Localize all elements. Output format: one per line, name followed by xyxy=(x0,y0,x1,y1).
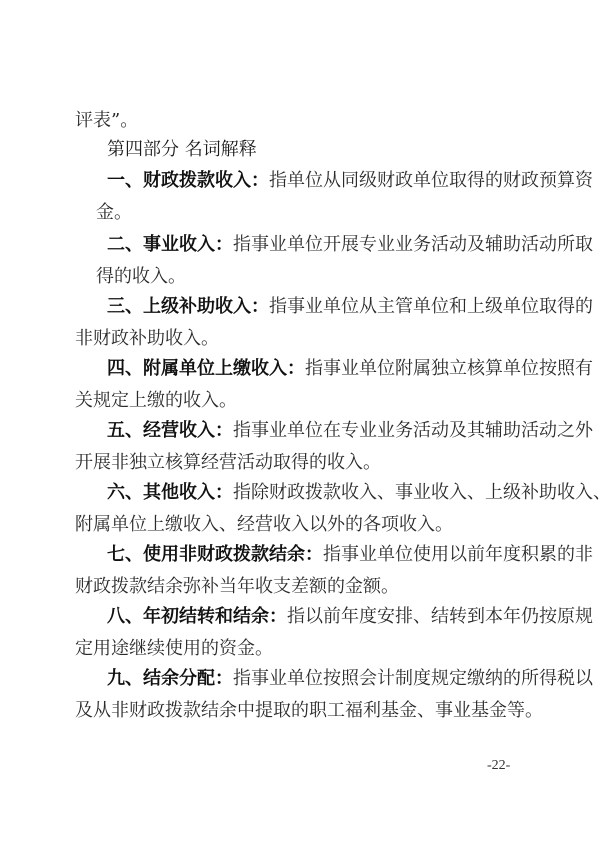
definition-2-line2: 得的收入。 xyxy=(96,266,186,288)
definition-term: 三、上级补助收入： xyxy=(107,296,269,317)
definition-7-line1: 七、使用非财政拨款结余：指事业单位使用以前年度积累的非 xyxy=(107,544,593,566)
section-heading: 第四部分 名词解释 xyxy=(107,139,257,161)
definition-term: 二、事业收入： xyxy=(107,234,233,255)
definition-4-line2: 关规定上缴的收入。 xyxy=(75,390,237,412)
continuation-text: 评表”。 xyxy=(75,110,138,132)
definition-text: 指事业单位附属独立核算单位按照有 xyxy=(305,358,593,379)
document-page: 评表”。 第四部分 名词解释 一、财政拨款收入：指单位从同级财政单位取得的财政预… xyxy=(0,0,600,848)
definition-9-line1: 九、结余分配：指事业单位按照会计制度规定缴纳的所得税以 xyxy=(107,668,593,690)
definition-3-line2: 非财政补助收入。 xyxy=(75,328,219,350)
definition-text: 指事业单位在专业业务活动及其辅助活动之外 xyxy=(233,420,593,441)
definition-term: 八、年初结转和结余： xyxy=(107,606,287,627)
definition-1-line2: 金。 xyxy=(96,202,132,224)
definition-term: 五、经营收入： xyxy=(107,420,233,441)
definition-1-line1: 一、财政拨款收入：指单位从同级财政单位取得的财政预算资 xyxy=(107,170,593,192)
definition-5-line1: 五、经营收入：指事业单位在专业业务活动及其辅助活动之外 xyxy=(107,420,593,442)
definition-text: 指事业单位按照会计制度规定缴纳的所得税以 xyxy=(233,668,593,689)
definition-2-line1: 二、事业收入：指事业单位开展专业业务活动及辅助活动所取 xyxy=(107,234,593,256)
definition-term: 九、结余分配： xyxy=(107,668,233,689)
definition-term: 一、财政拨款收入： xyxy=(107,170,269,191)
definition-text: 指单位从同级财政单位取得的财政预算资 xyxy=(269,170,593,191)
definition-term: 六、其他收入： xyxy=(107,482,233,503)
page-number: -22- xyxy=(487,758,510,774)
definition-5-line2: 开展非独立核算经营活动取得的收入。 xyxy=(75,452,381,474)
definition-4-line1: 四、附属单位上缴收入：指事业单位附属独立核算单位按照有 xyxy=(107,358,593,380)
definition-9-line2: 及从非财政拨款结余中提取的职工福利基金、事业基金等。 xyxy=(75,700,543,722)
definition-term: 四、附属单位上缴收入： xyxy=(107,358,305,379)
definition-6-line2: 附属单位上缴收入、经营收入以外的各项收入。 xyxy=(75,514,453,536)
definition-text: 指事业单位开展专业业务活动及辅助活动所取 xyxy=(233,234,593,255)
definition-7-line2: 财政拨款结余弥补当年收支差额的金额。 xyxy=(75,576,399,598)
definition-8-line1: 八、年初结转和结余：指以前年度安排、结转到本年仍按原规 xyxy=(107,606,593,628)
definition-term: 七、使用非财政拨款结余： xyxy=(107,544,323,565)
definition-text: 指以前年度安排、结转到本年仍按原规 xyxy=(287,606,593,627)
definition-6-line1: 六、其他收入：指除财政拨款收入、事业收入、上级补助收入、 xyxy=(107,482,600,504)
definition-3-line1: 三、上级补助收入：指事业单位从主管单位和上级单位取得的 xyxy=(107,296,593,318)
definition-text: 指事业单位从主管单位和上级单位取得的 xyxy=(269,296,593,317)
definition-text: 指除财政拨款收入、事业收入、上级补助收入、 xyxy=(233,482,600,503)
definition-8-line2: 定用途继续使用的资金。 xyxy=(75,638,273,660)
definition-text: 指事业单位使用以前年度积累的非 xyxy=(323,544,593,565)
